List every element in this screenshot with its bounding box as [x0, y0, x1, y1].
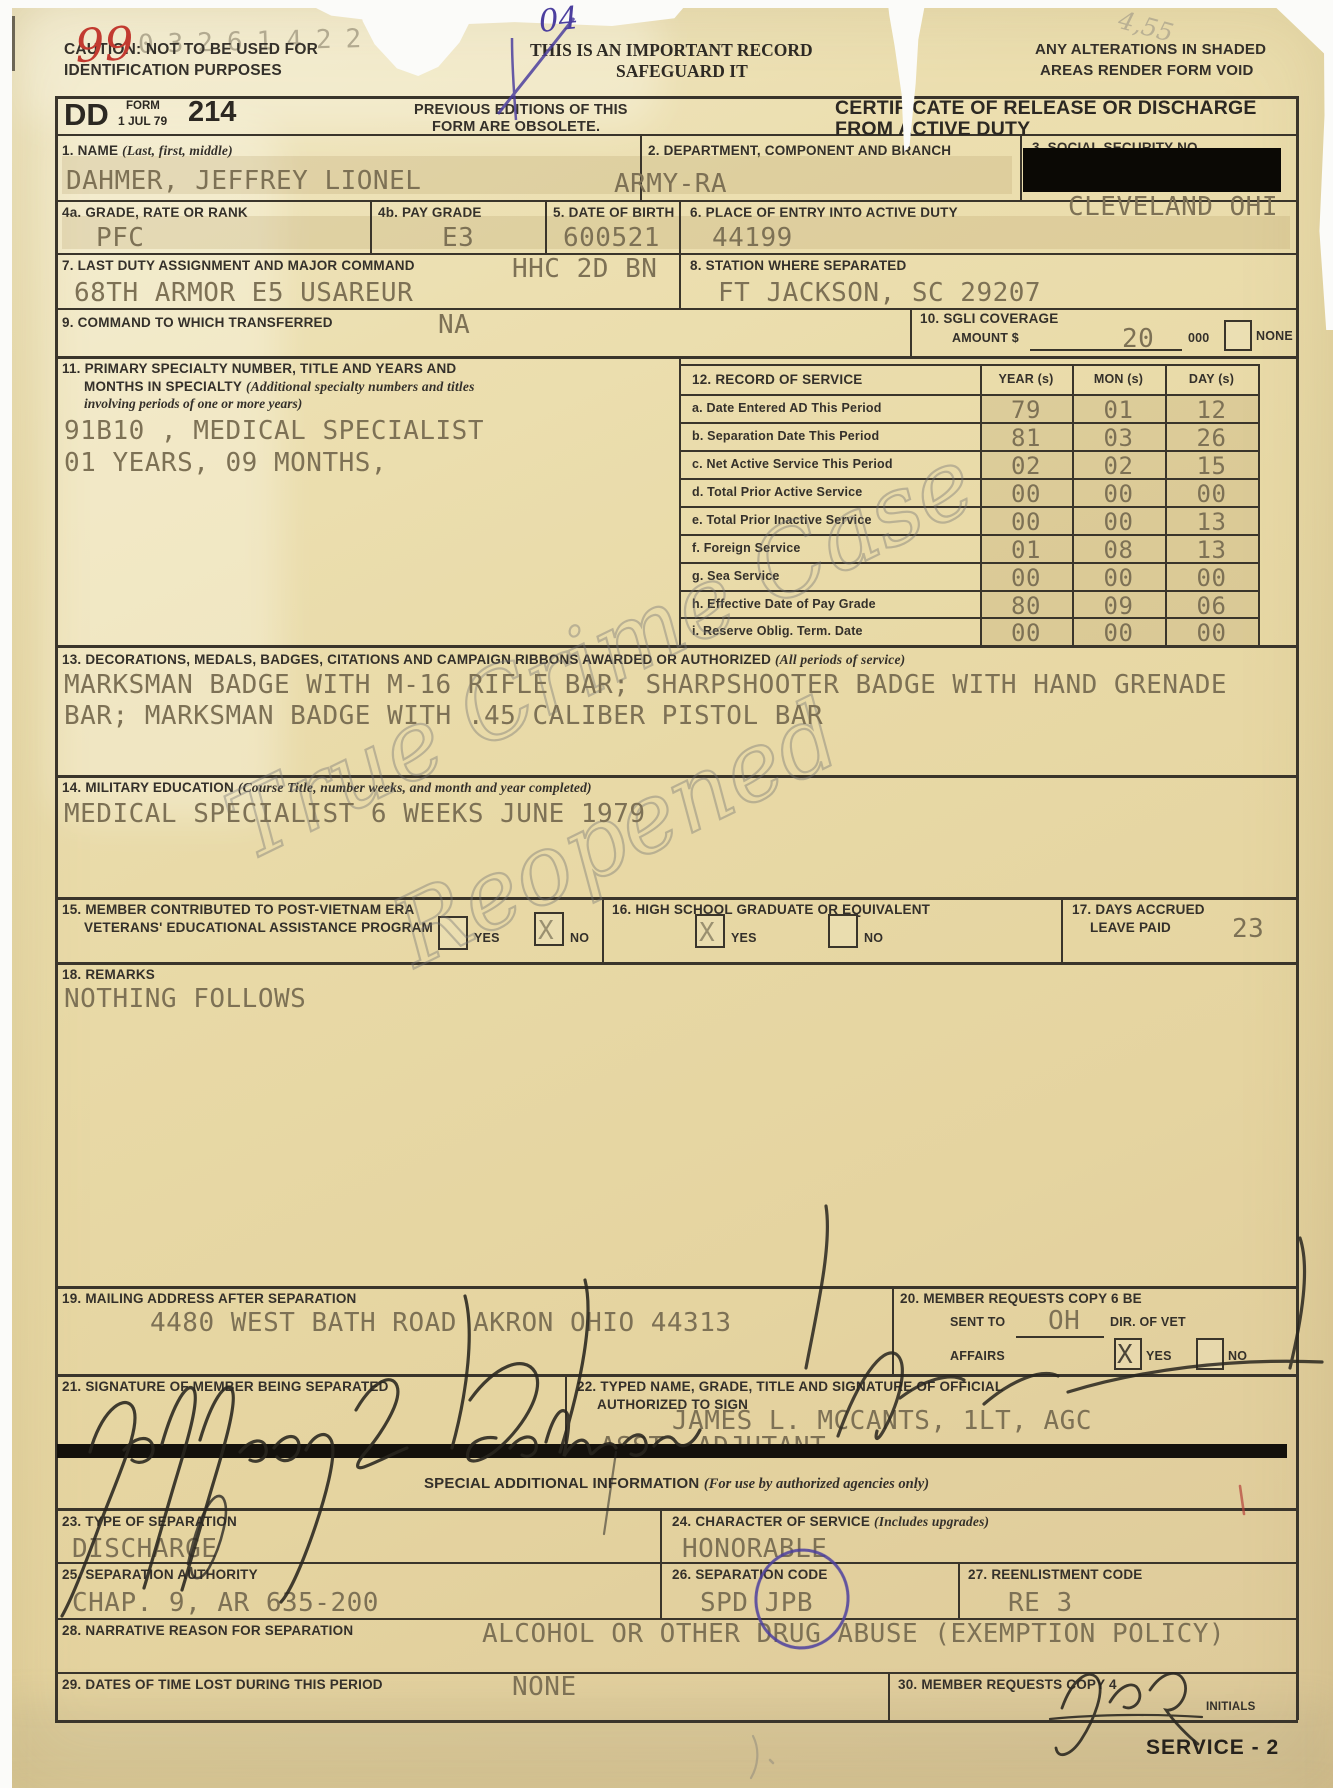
form-title: FROM ACTIVE DUTY — [835, 118, 1030, 140]
form-rule-line — [55, 775, 1298, 778]
form-rule-line — [888, 1672, 890, 1720]
form-rule-line — [565, 1374, 567, 1444]
caution-text: CAUTION: NOT TO BE USED FOR — [64, 40, 318, 60]
service-row-year: 00 — [980, 566, 1072, 590]
field-20-yes-label: YES — [1146, 1348, 1172, 1364]
page-footer: SERVICE - 2 — [1146, 1736, 1279, 1760]
obsolete-note: FORM ARE OBSOLETE. — [432, 118, 600, 137]
col-day-header: DAY (s) — [1165, 371, 1258, 387]
separation-type-value: DISCHARGE — [72, 1536, 217, 1562]
decorations-line1: MARKSMAN BADGE WITH M-16 RIFLE BAR; SHAR… — [64, 672, 1227, 698]
form-rule-line — [55, 1720, 1298, 1723]
field-16-no-label: NO — [864, 930, 883, 946]
sgli-thousands-label: 000 — [1188, 330, 1209, 346]
branch-value: ARMY-RA — [614, 171, 727, 197]
service-row-mon: 03 — [1072, 426, 1165, 450]
service-row-day: 00 — [1165, 566, 1258, 590]
dd-logo: DD — [64, 99, 109, 130]
field-23-label: 23. TYPE OF SEPARATION — [62, 1513, 237, 1531]
field-29-label: 29. DATES OF TIME LOST DURING THIS PERIO… — [62, 1676, 383, 1694]
dd214-scanned-document: 0326142222 CAUTION: NOT TO BE USED FOR I… — [0, 0, 1333, 1788]
service-row-year: 81 — [980, 426, 1072, 450]
field-24-label-italic: (Includes upgrades) — [874, 1514, 989, 1529]
entry-place-value: 44199 — [712, 225, 793, 251]
field-18-label: 18. REMARKS — [62, 966, 155, 984]
service-row-label: h. Effective Date of Pay Grade — [692, 596, 876, 612]
field-13-label-italic: (All periods of service) — [775, 652, 905, 667]
form-word: FORM — [126, 101, 160, 113]
field-30-label: 30. MEMBER REQUESTS COPY 4 — [898, 1676, 1117, 1694]
form-rule-line — [680, 534, 1258, 536]
service-row-label: d. Total Prior Active Service — [692, 484, 862, 500]
service-row-year: 00 — [980, 482, 1072, 506]
form-rule-line — [55, 253, 1298, 255]
field-15-label2: VETERANS' EDUCATIONAL ASSISTANCE PROGRAM — [84, 919, 433, 937]
special-info-header: SPECIAL ADDITIONAL INFORMATION (For use … — [55, 1474, 1298, 1494]
field-27-label: 27. REENLISTMENT CODE — [968, 1566, 1142, 1584]
service-row-day: 06 — [1165, 594, 1258, 618]
form-rule-line — [679, 200, 681, 308]
field-7-label: 7. LAST DUTY ASSIGNMENT AND MAJOR COMMAN… — [62, 257, 415, 275]
field-21-label: 21. SIGNATURE OF MEMBER BEING SEPARATED — [62, 1378, 389, 1396]
specialty-value-line2: 01 YEARS, 09 MONTHS, — [64, 450, 387, 476]
service-row-label: g. Sea Service — [692, 568, 780, 584]
service-row-mon: 02 — [1072, 454, 1165, 478]
separation-station-value: FT JACKSON, SC 29207 — [718, 280, 1041, 306]
field-17-label: 17. DAYS ACCRUED — [1072, 901, 1205, 919]
form-rule-line — [55, 1562, 1298, 1564]
field-11-label: 11. PRIMARY SPECIALTY NUMBER, TITLE AND … — [62, 360, 456, 378]
field-24-label: 24. CHARACTER OF SERVICE (Includes upgra… — [672, 1513, 989, 1531]
service-row-label: e. Total Prior Inactive Service — [692, 512, 872, 528]
form-rule-line — [660, 1508, 662, 1618]
form-rule-line — [680, 506, 1258, 508]
service-row-mon: 00 — [1072, 482, 1165, 506]
form-rule-line — [680, 562, 1258, 564]
sgli-amount-label: AMOUNT $ — [952, 330, 1019, 346]
accrued-leave-value: 23 — [1232, 916, 1264, 942]
field-16-yes-label: YES — [731, 930, 757, 946]
special-info-italic: (For use by authorized agencies only) — [704, 1476, 929, 1492]
service-row-year: 00 — [980, 621, 1072, 645]
scan-edge-artifact — [12, 16, 15, 71]
field-9-label: 9. COMMAND TO WHICH TRANSFERRED — [62, 314, 333, 332]
field-24-label-text: 24. CHARACTER OF SERVICE — [672, 1514, 870, 1529]
service-row-mon: 00 — [1072, 566, 1165, 590]
reenlistment-code-value: RE 3 — [1008, 1590, 1073, 1616]
field-15-yes-checkbox — [438, 916, 468, 950]
form-rule-line — [55, 308, 1298, 310]
form-rule-line — [680, 364, 1258, 366]
sgli-none-checkbox — [1224, 320, 1252, 351]
important-record-text: SAFEGUARD IT — [616, 61, 748, 82]
field-15-yes-label: YES — [474, 930, 500, 946]
form-rule-line — [55, 1672, 1298, 1674]
official-name-value: JAMES L. MCCANTS, 1LT, AGC — [672, 1408, 1092, 1434]
service-row-day: 26 — [1165, 426, 1258, 450]
last-duty-value: 68TH ARMOR E5 USAREUR — [74, 280, 413, 306]
form-rule-line — [680, 590, 1258, 592]
service-row-mon: 00 — [1072, 621, 1165, 645]
separation-code-value: SPD JPB — [700, 1590, 813, 1616]
col-year-header: YEAR (s) — [980, 371, 1072, 387]
service-row-year: 00 — [980, 510, 1072, 534]
alterations-warning-text: AREAS RENDER FORM VOID — [1040, 61, 1254, 81]
form-rule-line — [1061, 897, 1063, 962]
last-duty-unit-value: HHC 2D BN — [512, 256, 657, 282]
field-19-label: 19. MAILING ADDRESS AFTER SEPARATION — [62, 1290, 356, 1308]
sgli-amount-value: 20 — [1122, 326, 1154, 352]
character-of-service-value: HONORABLE — [682, 1536, 827, 1562]
form-number: 214 — [188, 98, 236, 127]
scan-margin — [0, 0, 12, 1788]
form-rule-line — [55, 1286, 1298, 1289]
service-row-label: a. Date Entered AD This Period — [692, 400, 882, 416]
narrative-reason-value: ALCOHOL OR OTHER DRUG ABUSE (EXEMPTION P… — [482, 1621, 1225, 1647]
remarks-value: NOTHING FOLLOWS — [64, 986, 306, 1012]
service-row-year: 80 — [980, 594, 1072, 618]
military-education-value: MEDICAL SPECIALIST 6 WEEKS JUNE 1979 — [64, 801, 646, 827]
form-rule-line — [910, 308, 912, 356]
service-row-label: c. Net Active Service This Period — [692, 456, 893, 472]
scan-shadow-patch — [0, 1700, 1333, 1788]
specialty-value-line1: 91B10 , MEDICAL SPECIALIST — [64, 418, 484, 444]
field-11-label-italic1: (Additional specialty numbers and titles — [246, 379, 475, 394]
form-rule-line — [545, 200, 547, 253]
service-row-mon: 01 — [1072, 398, 1165, 422]
field-8-label: 8. STATION WHERE SEPARATED — [690, 257, 906, 275]
service-row-year: 02 — [980, 454, 1072, 478]
field-20-label: 20. MEMBER REQUESTS COPY 6 BE — [900, 1290, 1142, 1308]
form-rule-line — [680, 478, 1258, 480]
time-lost-value: NONE — [512, 1674, 577, 1700]
service-row-day: 13 — [1165, 510, 1258, 534]
field-17-label2: LEAVE PAID — [1090, 919, 1171, 937]
service-row-label: i. Reserve Oblig. Term. Date — [692, 623, 863, 639]
decorations-line2: BAR; MARKSMAN BADGE WITH .45 CALIBER PIS… — [64, 703, 823, 729]
service-row-mon: 09 — [1072, 594, 1165, 618]
service-row-label: f. Foreign Service — [692, 540, 801, 556]
field-16-no-checkbox — [828, 914, 858, 948]
form-rule-line — [602, 897, 604, 962]
special-info-title: SPECIAL ADDITIONAL INFORMATION — [424, 1475, 699, 1492]
form-rule-line — [55, 356, 1298, 359]
field-20-dir-label: DIR. OF VET — [1110, 1314, 1186, 1330]
col-mon-header: MON (s) — [1072, 371, 1165, 387]
field-25-label: 25. SEPARATION AUTHORITY — [62, 1566, 258, 1584]
field-20-no-label: NO — [1228, 1348, 1247, 1364]
form-rule-line — [55, 897, 1298, 900]
member-name-value: DAHMER, JEFFREY LIONEL — [66, 168, 421, 194]
separation-authority-value: CHAP. 9, AR 635-200 — [72, 1590, 379, 1616]
form-rule-line — [1020, 134, 1022, 200]
field-20-affairs-label: AFFAIRS — [950, 1348, 1005, 1364]
pay-grade-value: E3 — [442, 225, 474, 251]
form-date: 1 JUL 79 — [118, 115, 167, 127]
form-rule-line — [55, 962, 1298, 965]
black-separator-bar — [57, 1444, 1287, 1458]
service-row-year: 01 — [980, 538, 1072, 562]
field-13-label-text: 13. DECORATIONS, MEDALS, BADGES, CITATIO… — [62, 652, 771, 667]
caution-text: IDENTIFICATION PURPOSES — [64, 61, 282, 81]
form-rule-line — [680, 450, 1258, 452]
form-rule-line — [1258, 364, 1260, 645]
service-row-mon: 00 — [1072, 510, 1165, 534]
sgli-none-label: NONE — [1256, 328, 1293, 344]
field-12-label: 12. RECORD OF SERVICE — [692, 371, 863, 389]
field-13-label: 13. DECORATIONS, MEDALS, BADGES, CITATIO… — [62, 651, 905, 669]
field-16-yes-x-mark: X — [699, 918, 715, 948]
field-20-no-checkbox — [1196, 1338, 1224, 1370]
form-rule-line — [680, 422, 1258, 424]
field-28-label: 28. NARRATIVE REASON FOR SEPARATION — [62, 1622, 353, 1640]
mailing-address-value: 4480 WEST BATH ROAD AKRON OHIO 44313 — [150, 1310, 732, 1336]
service-row-day: 12 — [1165, 398, 1258, 422]
service-row-year: 79 — [980, 398, 1072, 422]
form-rule-line — [679, 356, 681, 645]
service-row-day: 00 — [1165, 482, 1258, 506]
form-rule-line — [55, 1508, 1298, 1511]
birth-date-value: 600521 — [563, 225, 660, 251]
form-rule-line — [55, 134, 1298, 136]
rank-value: PFC — [96, 225, 144, 251]
service-row-label: b. Separation Date This Period — [692, 428, 879, 444]
service-row-day: 00 — [1165, 621, 1258, 645]
field-14-label: 14. MILITARY EDUCATION (Course Title, nu… — [62, 779, 592, 797]
sgli-amount-underline — [1030, 349, 1182, 351]
field-11-label2: MONTHS IN SPECIALTY (Additional specialt… — [84, 378, 475, 396]
service-row-day: 15 — [1165, 454, 1258, 478]
transfer-command-value: NA — [438, 312, 470, 338]
important-record-text: THIS IS AN IMPORTANT RECORD — [530, 40, 813, 61]
field-22-label: 22. TYPED NAME, GRADE, TITLE AND SIGNATU… — [577, 1378, 1003, 1396]
field-26-label: 26. SEPARATION CODE — [672, 1566, 828, 1584]
field-15-no-label: NO — [570, 930, 589, 946]
form-rule-line — [892, 1286, 894, 1374]
field-10-label: 10. SGLI COVERAGE — [920, 310, 1058, 328]
ssn-redaction-box — [1023, 148, 1281, 192]
field-14-label-italic: (Course Title, number weeks, and month a… — [238, 780, 592, 795]
field-20-yes-x-mark: X — [1117, 1340, 1133, 1370]
field-16-label: 16. HIGH SCHOOL GRADUATE OR EQUIVALENT — [612, 901, 930, 919]
field-15-label: 15. MEMBER CONTRIBUTED TO POST-VIETNAM E… — [62, 901, 414, 919]
service-row-mon: 08 — [1072, 538, 1165, 562]
form-title: CERTIFICATE OF RELEASE OR DISCHARGE — [835, 97, 1257, 119]
sent-to-state-value: OH — [1048, 1308, 1080, 1334]
field-15-no-x-mark: X — [538, 916, 554, 946]
form-rule-line — [680, 394, 1258, 396]
form-rule-line — [55, 1374, 1298, 1377]
field-11-label2-text: MONTHS IN SPECIALTY — [84, 379, 242, 394]
sent-to-underline — [1016, 1336, 1104, 1338]
form-rule-line — [370, 200, 372, 253]
field-11-label-italic2: involving periods of one or more years) — [84, 396, 302, 412]
form-rule-line — [958, 1562, 960, 1618]
service-row-day: 13 — [1165, 538, 1258, 562]
field-14-label-text: 14. MILITARY EDUCATION — [62, 780, 234, 795]
field-20-sent-to-label: SENT TO — [950, 1314, 1005, 1330]
entry-city-overprint: CLEVELAND OHI — [1068, 194, 1278, 220]
initials-label: INITIALS — [1206, 1700, 1256, 1715]
